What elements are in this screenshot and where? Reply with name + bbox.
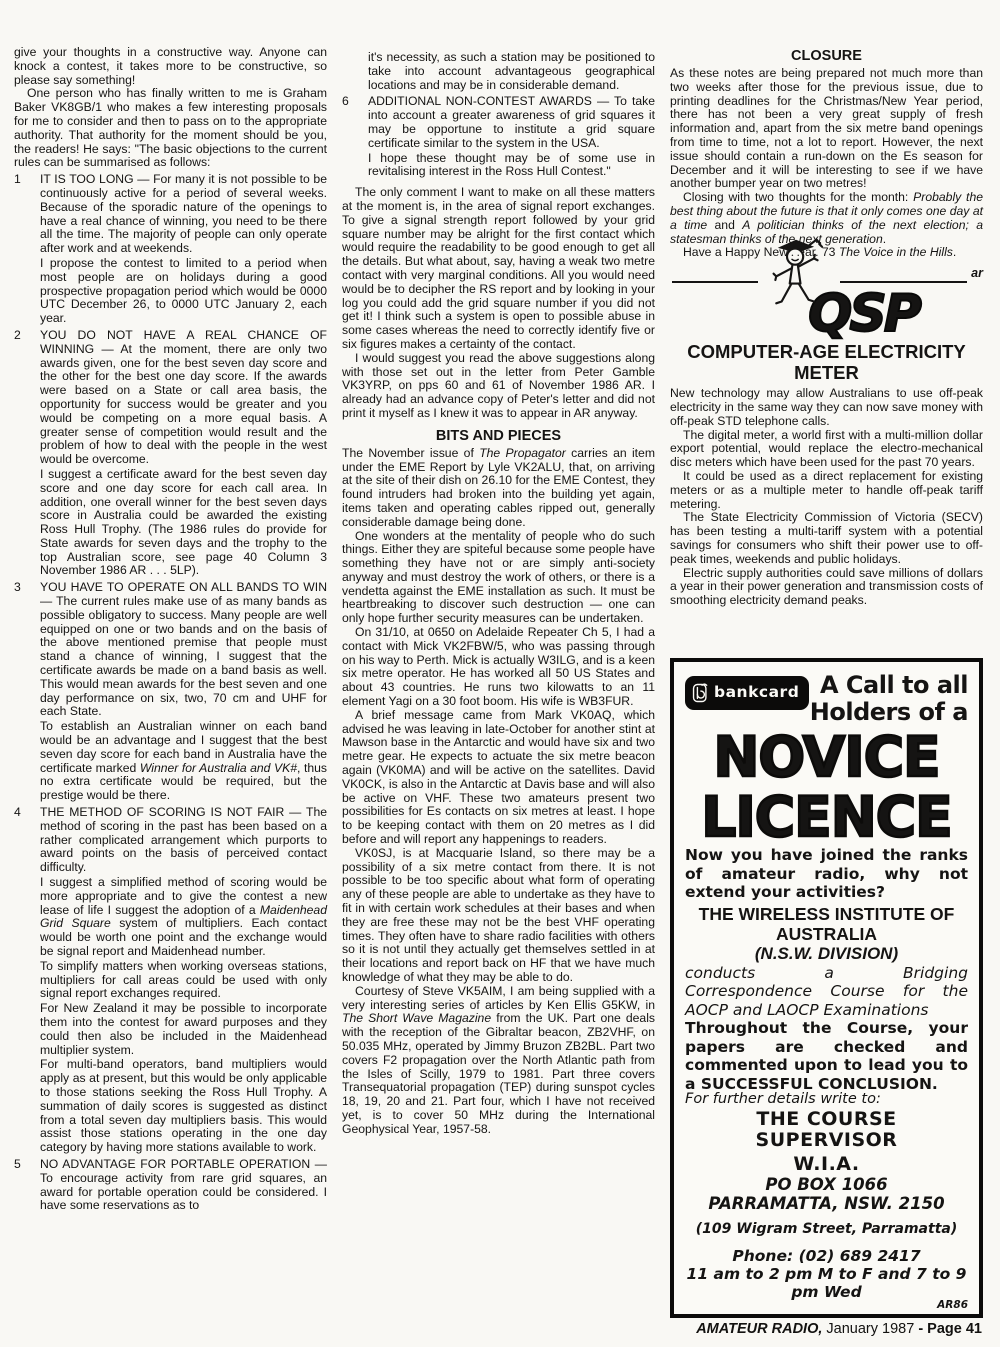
paragraph: NO ADVANTAGE FOR PORTABLE OPERATION — To… xyxy=(40,1158,327,1213)
ad-course-supervisor: THE COURSE SUPERVISOR xyxy=(685,1109,968,1152)
ad-hours: 11 am to 2 pm M to F and 7 to 9 pm Wed xyxy=(685,1265,968,1301)
section-heading-closure: CLOSURE xyxy=(670,48,983,64)
paragraph: For New Zealand it may be possible to in… xyxy=(40,1002,327,1057)
list-item-5: 5 NO ADVANTAGE FOR PORTABLE OPERATION — … xyxy=(14,1158,327,1213)
column-right: CLOSURE As these notes are being prepare… xyxy=(670,46,983,1213)
bankcard-icon xyxy=(692,681,709,705)
paragraph: it's necessity, as such a station may be… xyxy=(368,51,655,92)
list-item-2: 2 YOU DO NOT HAVE A REAL CHANCE OF WINNI… xyxy=(14,329,327,578)
paragraph: Courtesy of Steve VK5AIM, I am being sup… xyxy=(342,985,655,1137)
page-footer: AMATEUR RADIO, January 1987 - Page 41 xyxy=(696,1321,982,1337)
column-middle: it's necessity, as such a station may be… xyxy=(342,46,655,1213)
ad-paragraph: Throughout the Course, your papers are c… xyxy=(685,1019,968,1093)
paragraph: The November issue of The Propagator car… xyxy=(342,447,655,530)
ad-wia-abbr: W.I.A. xyxy=(685,1154,968,1176)
paragraph: New technology may allow Australians to … xyxy=(670,387,983,428)
paragraph: The State Electricity Commission of Vict… xyxy=(670,511,983,566)
paragraph: As these notes are being prepared not mu… xyxy=(670,67,983,191)
paragraph: ADDITIONAL NON-CONTEST AWARDS — To take … xyxy=(368,95,655,150)
bankcard-label: bankcard xyxy=(714,686,799,700)
paragraph: One person who has finally written to me… xyxy=(14,87,327,170)
list-item-4: 4 THE METHOD OF SCORING IS NOT FAIR — Th… xyxy=(14,806,327,1155)
list-number: 1 xyxy=(14,173,40,326)
ad-paragraph: For further details write to: xyxy=(685,1093,968,1107)
paragraph: IT IS TOO LONG — For many it is not poss… xyxy=(40,173,327,256)
paragraph: To establish an Australian winner on eac… xyxy=(40,720,327,803)
novice-licence-ad: bankcard A Call to all Holders of a NOVI… xyxy=(670,658,983,1318)
list-number: 5 xyxy=(14,1158,40,1213)
paragraph: I would suggest you read the above sugge… xyxy=(342,352,655,421)
list-item-1: 1 IT IS TOO LONG — For many it is not po… xyxy=(14,173,327,326)
ad-phone: Phone: (02) 689 2417 xyxy=(685,1247,968,1265)
magazine-page: give your thoughts in a constructive way… xyxy=(0,0,1000,1347)
paragraph: The digital meter, a world first with a … xyxy=(670,429,983,470)
paragraph: YOU HAVE TO OPERATE ON ALL BANDS TO WIN … xyxy=(40,581,327,719)
divider-line-right xyxy=(840,281,967,283)
ad-wia-heading: THE WIRELESS INSTITUTE OF AUSTRALIA xyxy=(685,904,968,944)
list-number: 6 xyxy=(342,95,368,179)
list-number xyxy=(342,51,368,92)
ad-word-licence: LICENCE xyxy=(685,788,968,846)
paragraph: For multi-band operators, band multiplie… xyxy=(40,1058,327,1155)
paragraph: The only comment I want to make on all t… xyxy=(342,186,655,352)
paragraph: It could be used as a direct replacement… xyxy=(670,470,983,511)
paragraph: YOU DO NOT HAVE A REAL CHANCE OF WINNING… xyxy=(40,329,327,467)
paragraph: give your thoughts in a constructive way… xyxy=(14,46,327,87)
section-heading-bits-and-pieces: BITS AND PIECES xyxy=(342,428,655,444)
list-item-6: 6 ADDITIONAL NON-CONTEST AWARDS — To tak… xyxy=(342,95,655,179)
list-item-5-continuation: it's necessity, as such a station may be… xyxy=(342,51,655,92)
column-left: give your thoughts in a constructive way… xyxy=(14,46,327,1213)
three-column-layout: give your thoughts in a constructive way… xyxy=(14,46,988,1213)
ad-paragraph: conducts a Bridging Correspondence Cours… xyxy=(685,964,968,1020)
list-number: 4 xyxy=(14,806,40,1155)
stick-figure-graphic xyxy=(754,236,838,306)
ad-paragraph: Now you have joined the ranks of amateur… xyxy=(685,846,968,902)
ad-call-heading: A Call to all Holders of a xyxy=(810,672,968,726)
paragraph: Electric supply authorities could save m… xyxy=(670,567,983,608)
ad-division: (N.S.W. DIVISION) xyxy=(685,944,968,964)
ad-ar86-marker: AR86 xyxy=(685,1299,968,1313)
ad-city: PARRAMATTA, NSW. 2150 xyxy=(685,1194,968,1213)
footer-magazine-title: AMATEUR RADIO, xyxy=(696,1321,822,1337)
list-number: 2 xyxy=(14,329,40,578)
section-heading-meter: COMPUTER-AGE ELECTRICITY METER xyxy=(670,342,983,383)
paragraph: I propose the contest to limited to a pe… xyxy=(40,257,327,326)
divider-line-left xyxy=(672,281,758,283)
footer-issue: January 1987 xyxy=(822,1321,918,1337)
paragraph: One wonders at the mentality of people w… xyxy=(342,530,655,627)
paragraph: I suggest a certificate award for the be… xyxy=(40,468,327,578)
paragraph: To simplify matters when working oversea… xyxy=(40,960,327,1001)
paragraph: On 31/10, at 0650 on Adelaide Repeater C… xyxy=(342,626,655,709)
article-end-divider: ar xyxy=(670,264,983,300)
paragraph: A brief message came from Mark VK0AQ, wh… xyxy=(342,709,655,847)
bankcard-logo: bankcard xyxy=(685,676,809,710)
ad-word-novice: NOVICE xyxy=(685,728,968,786)
paragraph: I hope these thought may be of some use … xyxy=(368,152,655,180)
footer-page-number: - Page 41 xyxy=(918,1321,982,1337)
ar-end-marker: ar xyxy=(971,267,983,281)
paragraph: VK0SJ, is at Macquarie Island, so there … xyxy=(342,847,655,985)
paragraph: I suggest a simplified method of scoring… xyxy=(40,876,327,959)
ad-po-box: PO BOX 1066 xyxy=(685,1175,968,1194)
list-number: 3 xyxy=(14,581,40,803)
paragraph: THE METHOD OF SCORING IS NOT FAIR — The … xyxy=(40,806,327,875)
ad-street: (109 Wigram Street, Parramatta) xyxy=(685,1221,968,1237)
list-item-3: 3 YOU HAVE TO OPERATE ON ALL BANDS TO WI… xyxy=(14,581,327,803)
